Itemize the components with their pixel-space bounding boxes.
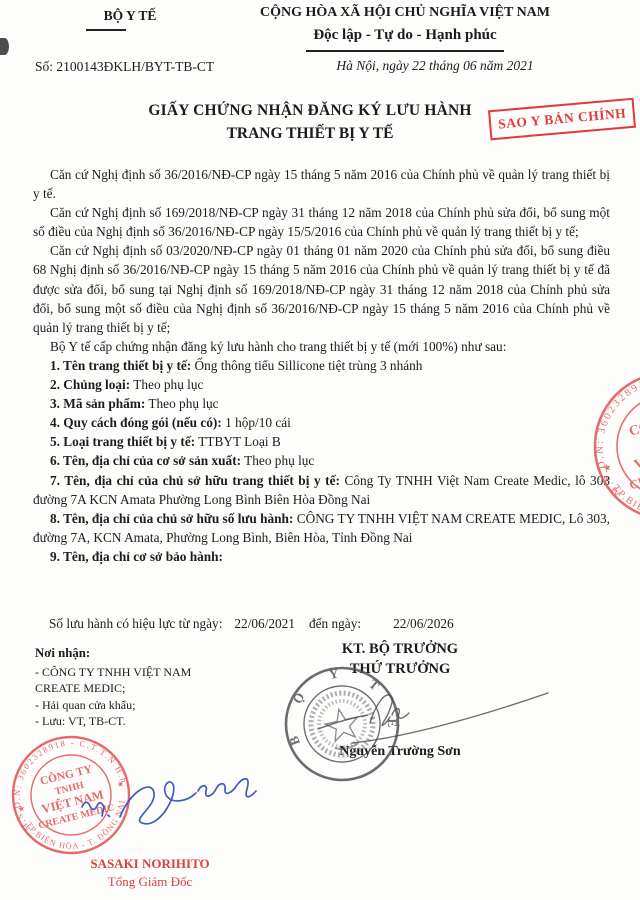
seal-star-icon: ★ [17,804,26,814]
document-number: Số: 2100143ĐKLH/BYT-TB-CT [35,59,214,75]
item-row-6: 6. Tên, địa chỉ của cơ sở sản xuất: Theo… [33,451,610,470]
recipient-line: - CÔNG TY TNHH VIỆT NAM [35,664,225,680]
certificate-title-line1: GIẤY CHỨNG NHẬN ĐĂNG KÝ LƯU HÀNH [80,102,540,120]
preamble-paragraph: Căn cứ Nghị định số 03/2020/NĐ-CP ngày 0… [33,241,610,336]
recipients-label: Nơi nhận: [35,646,90,661]
director-title: Tổng Giám Đốc [55,874,245,890]
validity-mid: đến ngày: [309,616,361,631]
item-row-1: 1. Tên trang thiết bị y tế: Ống thông ti… [33,356,610,375]
item-label: 8. Tên, địa chỉ của chủ sở hữu số lưu hà… [50,511,293,526]
preamble-paragraph: Bộ Y tế cấp chứng nhận đăng ký lưu hành … [33,337,610,356]
validity-prefix: Số lưu hành có hiệu lực từ ngày: [49,616,222,631]
place-and-date: Hà Nội, ngày 22 tháng 06 năm 2021 [320,58,550,74]
item-row-2: 2. Chủng loại: Theo phụ lục [33,375,610,394]
item-label: 1. Tên trang thiết bị y tế: [50,358,191,373]
deputy-minister-signature [300,665,560,765]
item-value: Theo phụ lục [148,396,218,411]
seal-star-icon: ★ [601,462,613,475]
national-title: CỘNG HÒA XÃ HỘI CHỦ NGHĨA VIỆT NAM [235,5,575,21]
item-label: 3. Mã sản phẩm: [50,396,145,411]
director-name: SASAKI NORIHITO [55,856,245,872]
org-underline [86,29,126,31]
certificate-document: BỘ Y TẾ CỘNG HÒA XÃ HỘI CHỦ NGHĨA VIỆT N… [0,0,640,900]
item-label: 2. Chủng loại: [50,377,130,392]
director-signature [60,755,280,845]
item-label: 4. Quy cách đóng gói (nếu có): [50,415,222,430]
item-label: 9. Tên, địa chỉ cơ sở bảo hành: [50,549,223,564]
national-motto: Độc lập - Tự do - Hạnh phúc [235,27,575,44]
item-label: 7. Tên, địa chỉ của chủ sở hữu trang thi… [50,473,340,488]
item-row-7: 7. Tên, địa chỉ của chủ sở hữu trang thi… [33,471,610,509]
item-row-8: 8. Tên, địa chỉ của chủ sở hữu số lưu hà… [33,509,610,547]
item-label: 6. Tên, địa chỉ của cơ sở sản xuất: [50,453,241,468]
item-value: 1 hộp/10 cái [225,415,291,430]
document-body: Căn cứ Nghị định số 36/2016/NĐ-CP ngày 1… [33,165,610,566]
item-row-5: 5. Loại trang thiết bị y tế: TTBYT Loại … [33,432,610,451]
scan-edge-artifact [0,38,9,55]
item-value: Theo phụ lục [244,453,314,468]
certificate-title-line2: TRANG THIẾT BỊ Y TẾ [80,125,540,143]
item-row-4: 4. Quy cách đóng gói (nếu có): 1 hộp/10 … [33,413,610,432]
item-value: Ống thông tiểu Sillicone tiệt trùng 3 nh… [195,358,423,373]
preamble-paragraph: Căn cứ Nghị định số 169/2018/NĐ-CP ngày … [33,203,610,241]
validity-from-date: 22/06/2021 [234,616,295,631]
recipient-line: CREATE MEDIC; [35,680,225,696]
preamble-paragraph: Căn cứ Nghị định số 36/2016/NĐ-CP ngày 1… [33,165,610,203]
motto-underline [306,50,504,52]
item-row-9: 9. Tên, địa chỉ cơ sở bảo hành: [33,547,610,566]
company-seal-name-line: VIỆT NAM [632,434,640,474]
company-seal-right: M.S.D.N: 3602328918 - C.T.T.N.H.h TP.BIÊ… [553,331,640,561]
validity-line: Số lưu hành có hiệu lực từ ngày:22/06/20… [33,616,623,632]
validity-to-date: 22/06/2026 [393,616,454,631]
issuing-org: BỘ Y TẾ [70,8,190,24]
item-value: TTBYT Loại B [198,434,280,449]
item-row-3: 3. Mã sản phẩm: Theo phụ lục [33,394,610,413]
item-label: 5. Loại trang thiết bị y tế: [50,434,195,449]
item-value: Theo phụ lục [133,377,203,392]
